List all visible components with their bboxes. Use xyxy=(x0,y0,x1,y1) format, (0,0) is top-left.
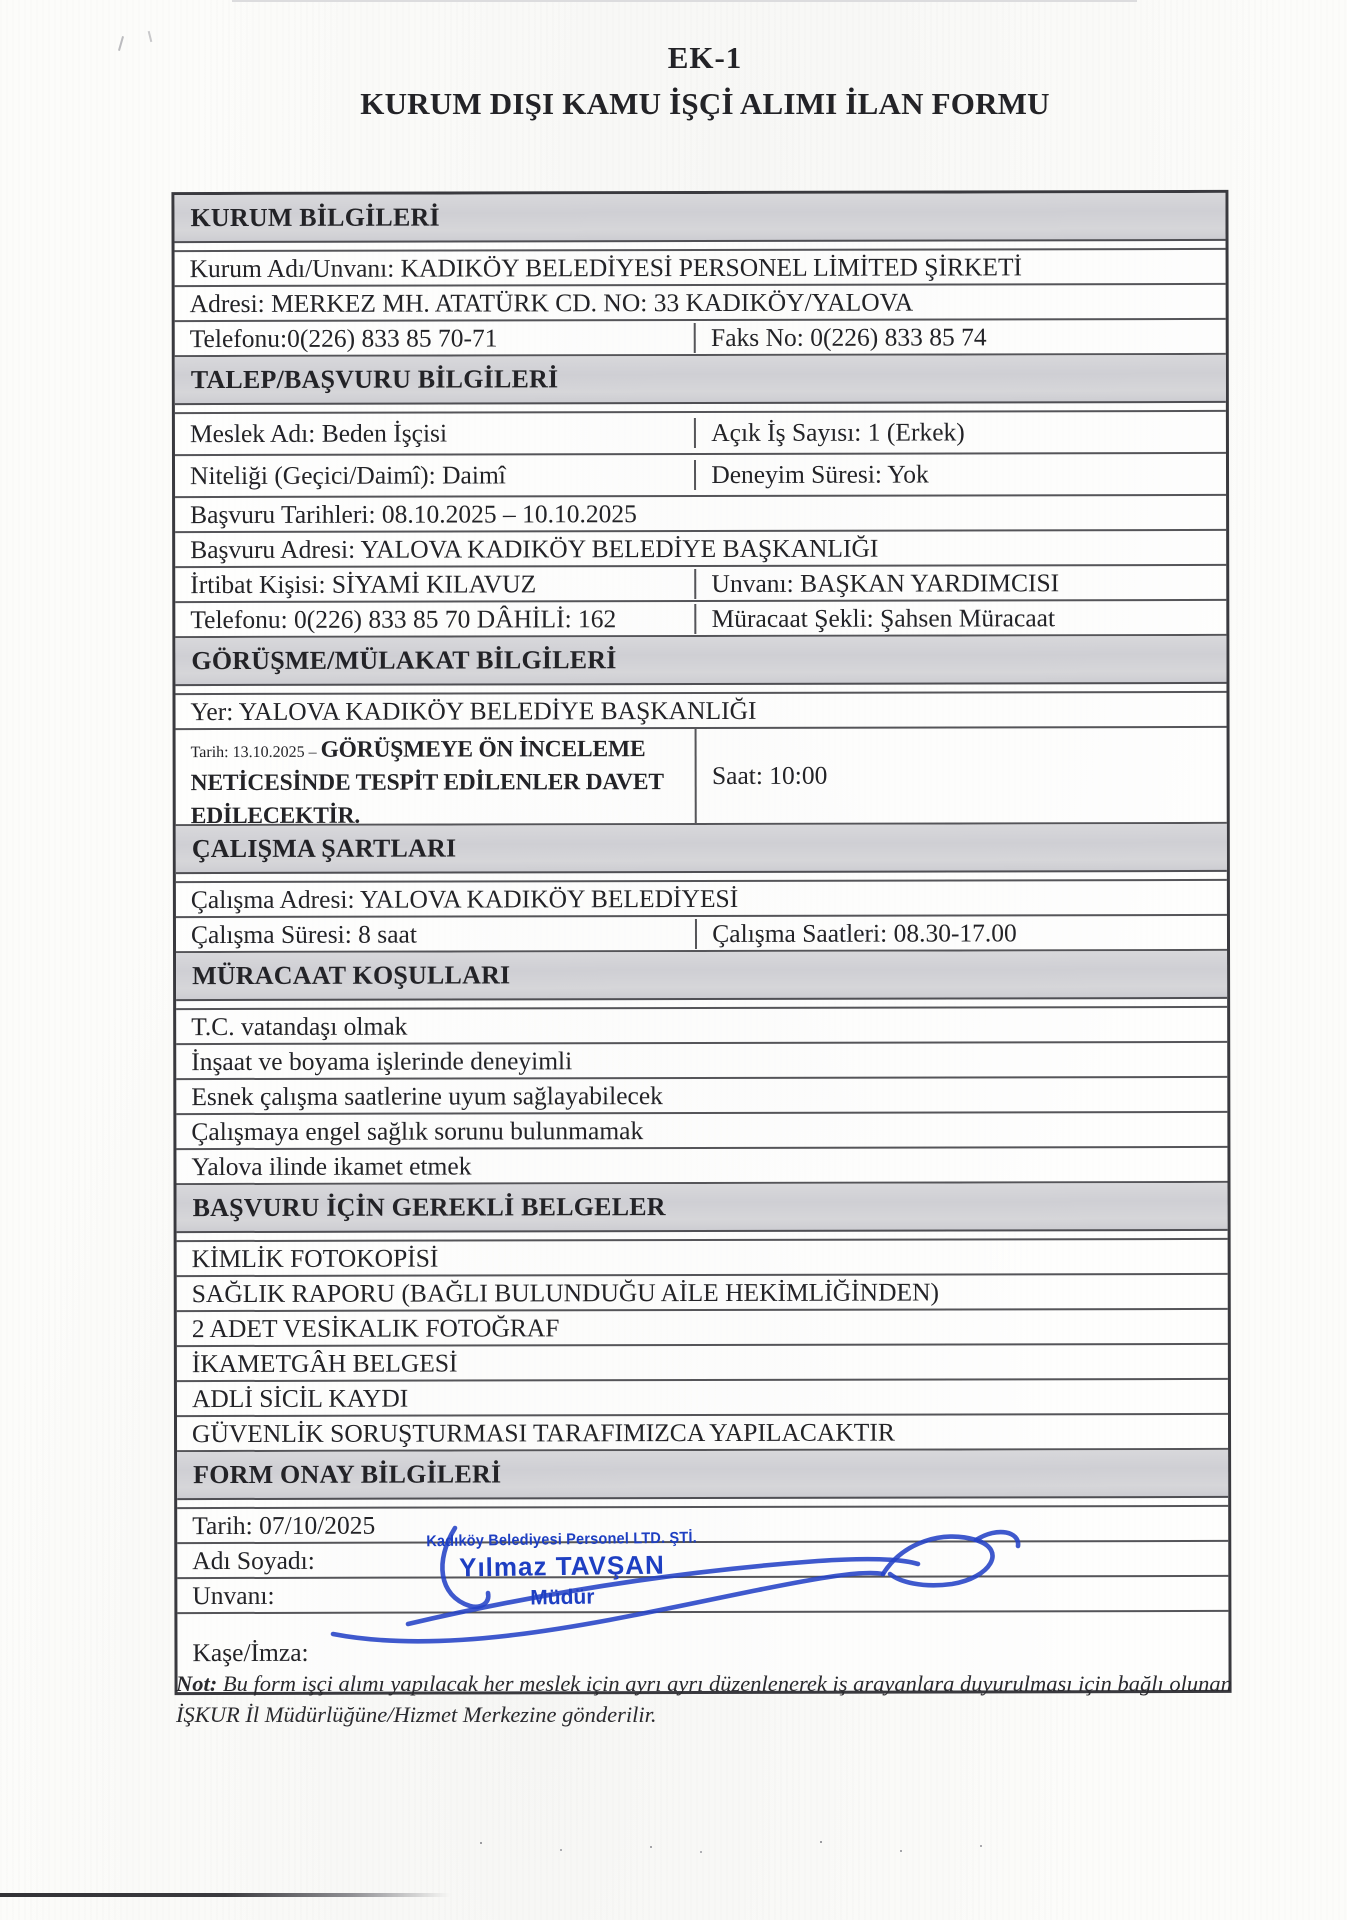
scanned-form-page: EK-1 KURUM DIŞI KAMU İŞÇİ ALIMI İLAN FOR… xyxy=(0,0,1347,1920)
row-belge: 2 ADET VESİKALIK FOTOĞRAF xyxy=(177,1310,1228,1347)
pencil-mark xyxy=(148,31,153,42)
footer-note: Not: Bu form işçi alımı yapılacak her me… xyxy=(176,1668,1236,1730)
cell-gorusme-tarihi: Tarih: 13.10.2025 – GÖRÜŞMEYE ÖN İNCELEM… xyxy=(176,729,697,824)
company-stamp: Kadıköy Belediyesi Personel LTD. ŞTİ. Yı… xyxy=(423,1530,700,1612)
cell-deneyim-suresi: Deneyim Süresi: Yok xyxy=(696,459,1226,490)
row-adi-soyadi: Adı Soyadı: xyxy=(177,1542,1228,1579)
row-calisma-adresi: Çalışma Adresi: YALOVA KADIKÖY BELEDİYES… xyxy=(176,881,1227,918)
row-kosul: Yalova ilinde ikamet etmek xyxy=(176,1148,1227,1185)
row-kosul: T.C. vatandaşı olmak xyxy=(176,1008,1227,1045)
scan-top-edge-line xyxy=(232,0,1137,2)
stamp-company-name: Kadıköy Belediyesi Personel LTD. ŞTİ. xyxy=(423,1529,699,1550)
row-kurum-adi: Kurum Adı/Unvanı: KADIKÖY BELEDİYESİ PER… xyxy=(175,250,1226,287)
cell-meslek-adi: Meslek Adı: Beden İşçisi xyxy=(175,418,696,449)
row-basvuru-tarihleri: Başvuru Tarihleri: 08.10.2025 – 10.10.20… xyxy=(175,496,1226,533)
scan-speckles xyxy=(480,1842,482,1844)
row-tarih-saat: Tarih: 13.10.2025 – GÖRÜŞMEYE ÖN İNCELEM… xyxy=(176,728,1227,826)
form-code-title: EK-1 xyxy=(178,40,1232,76)
section-header-gerekli-belgeler: BAŞVURU İÇİN GEREKLİ BELGELER xyxy=(177,1183,1228,1233)
row-telefon-muracaat: Telefonu: 0(226) 833 85 70 DÂHİLİ: 162 M… xyxy=(175,601,1226,638)
row-yer: Yer: YALOVA KADIKÖY BELEDİYE BAŞKANLIĞI xyxy=(175,693,1226,730)
cell-muracaat-sekli: Müracaat Şekli: Şahsen Müracaat xyxy=(697,602,1227,633)
row-unvani: Unvanı: xyxy=(177,1577,1228,1614)
row-adres: Adresi: MERKEZ MH. ATATÜRK CD. NO: 33 KA… xyxy=(175,285,1226,322)
cell-faks: Faks No: 0(226) 833 85 74 xyxy=(696,321,1226,352)
stamp-person-name: Yılmaz TAVŞAN xyxy=(424,1549,700,1584)
stamp-person-title: Müdür xyxy=(424,1584,700,1612)
row-belge: SAĞLIK RAPORU (BAĞLI BULUNDUĞU AİLE HEKİ… xyxy=(177,1275,1228,1312)
section-header-kurum-bilgileri: KURUM BİLGİLERİ xyxy=(174,193,1225,243)
row-meslek-acikis: Meslek Adı: Beden İşçisi Açık İş Sayısı:… xyxy=(175,412,1226,456)
row-belge: GÜVENLİK SORUŞTURMASI TARAFIMIZCA YAPILA… xyxy=(177,1415,1228,1452)
cell-acik-is-sayisi: Açık İş Sayısı: 1 (Erkek) xyxy=(696,417,1226,448)
row-kosul: Çalışmaya engel sağlık sorunu bulunmamak xyxy=(176,1113,1227,1150)
scan-bottom-edge-line xyxy=(0,1893,450,1897)
cell-irtibat-kisisi: İrtibat Kişisi: SİYAMİ KILAVUZ xyxy=(175,569,696,600)
form-table: KURUM BİLGİLERİ Kurum Adı/Unvanı: KADIKÖ… xyxy=(171,190,1231,1695)
section-header-form-onay: FORM ONAY BİLGİLERİ xyxy=(177,1450,1228,1500)
cell-telefonu-dahili: Telefonu: 0(226) 833 85 70 DÂHİLİ: 162 xyxy=(175,604,696,635)
section-header-gorusme-mulakat: GÖRÜŞME/MÜLAKAT BİLGİLERİ xyxy=(175,636,1226,686)
cell-calisma-suresi: Çalışma Süresi: 8 saat xyxy=(176,919,697,950)
row-onay-tarih: Tarih: 07/10/2025 xyxy=(177,1507,1228,1544)
row-belge: KİMLİK FOTOKOPİSİ xyxy=(177,1240,1228,1277)
footer-note-label: Not: xyxy=(176,1671,217,1696)
section-header-muracaat-kosullari: MÜRACAAT KOŞULLARI xyxy=(176,951,1227,1001)
gorusme-tarih-normal: Tarih: 13.10.2025 – xyxy=(191,744,321,761)
section-header-talep-basvuru: TALEP/BAŞVURU BİLGİLERİ xyxy=(175,355,1226,405)
row-nitelik-deneyim: Niteliği (Geçici/Daimî): Daimî Deneyim S… xyxy=(175,454,1226,498)
cell-saat: Saat: 10:00 xyxy=(697,728,1227,823)
form-main-title: KURUM DIŞI KAMU İŞÇİ ALIMI İLAN FORMU xyxy=(178,86,1232,122)
document-title-block: EK-1 KURUM DIŞI KAMU İŞÇİ ALIMI İLAN FOR… xyxy=(178,40,1232,122)
pencil-mark xyxy=(118,36,124,51)
cell-niteligi: Niteliği (Geçici/Daimî): Daimî xyxy=(175,460,696,491)
row-irtibat-unvan: İrtibat Kişisi: SİYAMİ KILAVUZ Unvanı: B… xyxy=(175,566,1226,603)
row-telefon-faks: Telefonu:0(226) 833 85 70-71 Faks No: 0(… xyxy=(175,320,1226,357)
row-kosul: Esnek çalışma saatlerine uyum sağlayabil… xyxy=(176,1078,1227,1115)
row-basvuru-adresi: Başvuru Adresi: YALOVA KADIKÖY BELEDİYE … xyxy=(175,531,1226,568)
row-belge: İKAMETGÂH BELGESİ xyxy=(177,1345,1228,1382)
row-belge: ADLİ SİCİL KAYDI xyxy=(177,1380,1228,1417)
row-calisma-suresi-saatleri: Çalışma Süresi: 8 saat Çalışma Saatleri:… xyxy=(176,916,1227,953)
cell-telefonu: Telefonu:0(226) 833 85 70-71 xyxy=(175,323,696,354)
footer-note-text: Bu form işçi alımı yapılacak her meslek … xyxy=(176,1671,1232,1727)
cell-unvani: Unvanı: BAŞKAN YARDIMCISI xyxy=(696,567,1226,598)
cell-calisma-saatleri: Çalışma Saatleri: 08.30-17.00 xyxy=(697,917,1227,948)
row-kosul: İnşaat ve boyama işlerinde deneyimli xyxy=(176,1043,1227,1080)
